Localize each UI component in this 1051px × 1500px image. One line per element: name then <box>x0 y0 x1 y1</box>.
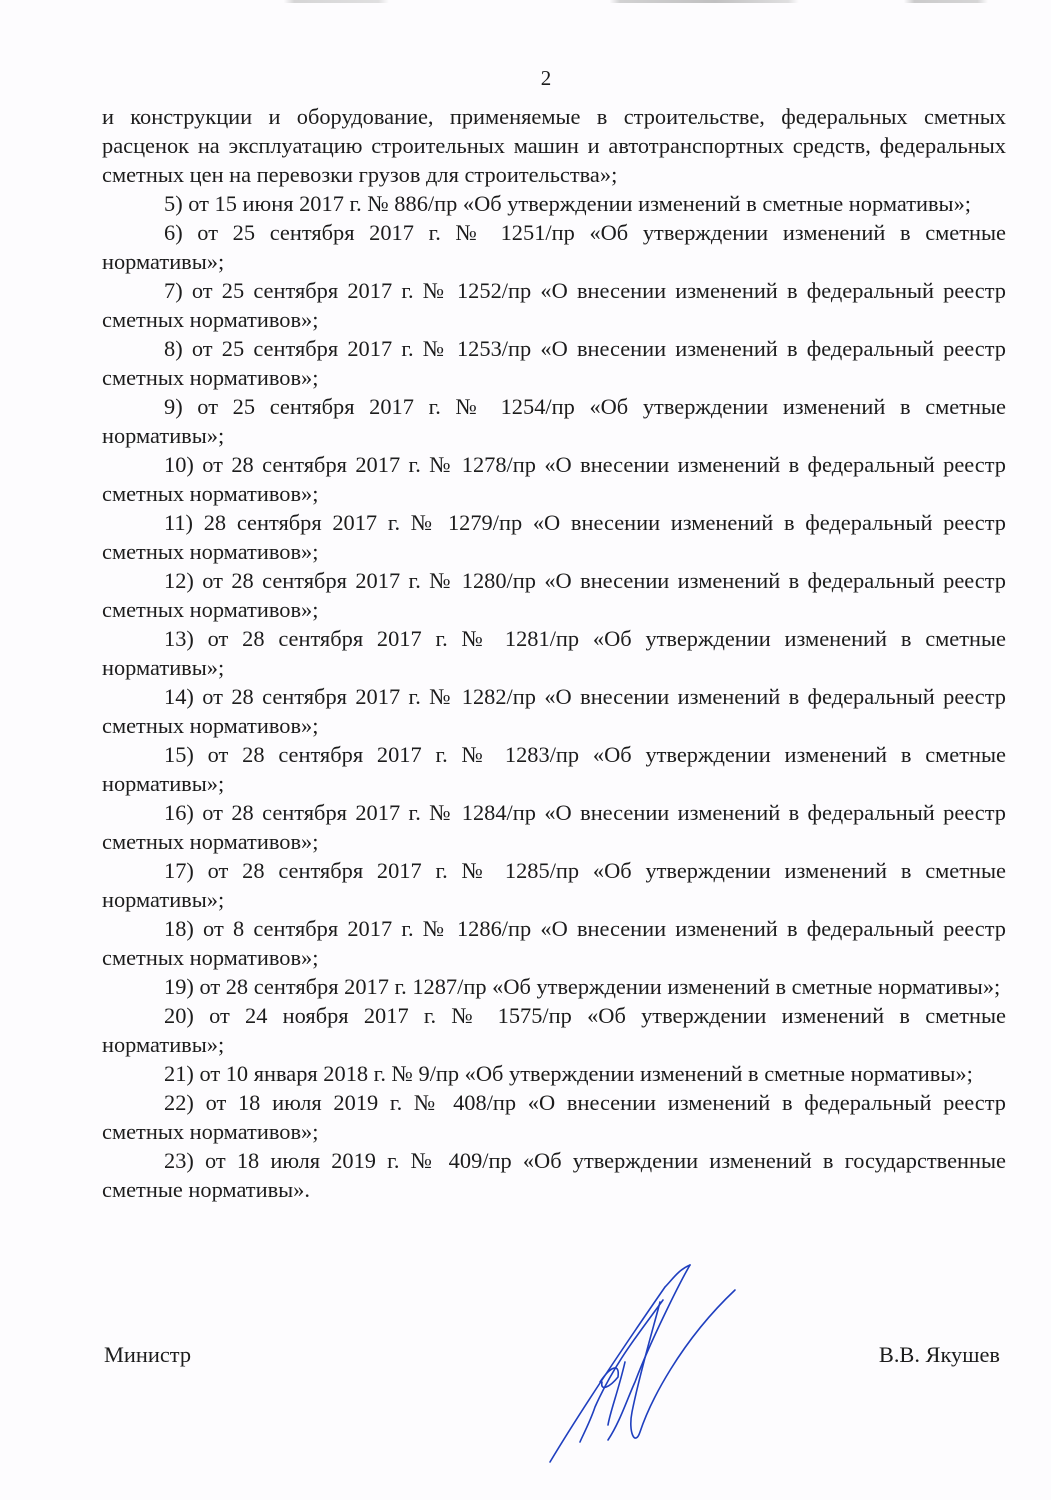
list-item: 19) от 28 сентября 2017 г. 1287/пр «Об у… <box>102 972 1006 1001</box>
list-item: 6) от 25 сентября 2017 г. № 1251/пр «Об … <box>102 218 1006 276</box>
signatory-name: В.В. Якушев <box>879 1342 1000 1368</box>
signatory-title: Министр <box>104 1342 191 1368</box>
order-list: 5) от 15 июня 2017 г. № 886/пр «Об утвер… <box>102 189 1006 1204</box>
list-item: 17) от 28 сентября 2017 г. № 1285/пр «Об… <box>102 856 1006 914</box>
list-item: 14) от 28 сентября 2017 г. № 1282/пр «О … <box>102 682 1006 740</box>
list-item: 11) 28 сентября 2017 г. № 1279/пр «О вне… <box>102 508 1006 566</box>
list-item: 18) от 8 сентября 2017 г. № 1286/пр «О в… <box>102 914 1006 972</box>
scan-edge-artifact <box>0 0 1051 3</box>
list-item: 10) от 28 сентября 2017 г. № 1278/пр «О … <box>102 450 1006 508</box>
list-item: 12) от 28 сентября 2017 г. № 1280/пр «О … <box>102 566 1006 624</box>
list-item: 22) от 18 июля 2019 г. № 408/пр «О внесе… <box>102 1088 1006 1146</box>
list-item: 16) от 28 сентября 2017 г. № 1284/пр «О … <box>102 798 1006 856</box>
list-item: 23) от 18 июля 2019 г. № 409/пр «Об утве… <box>102 1146 1006 1204</box>
list-item: 13) от 28 сентября 2017 г. № 1281/пр «Об… <box>102 624 1006 682</box>
list-item: 15) от 28 сентября 2017 г. № 1283/пр «Об… <box>102 740 1006 798</box>
list-item: 21) от 10 января 2018 г. № 9/пр «Об утве… <box>102 1059 1006 1088</box>
list-item: 8) от 25 сентября 2017 г. № 1253/пр «О в… <box>102 334 1006 392</box>
handwritten-signature-icon <box>540 1262 740 1472</box>
list-item: 9) от 25 сентября 2017 г. № 1254/пр «Об … <box>102 392 1006 450</box>
list-item: 5) от 15 июня 2017 г. № 886/пр «Об утвер… <box>102 189 1006 218</box>
document-body: и конструкции и оборудование, применяемы… <box>102 102 1006 1204</box>
page-number: 2 <box>0 66 1051 91</box>
continuation-paragraph: и конструкции и оборудование, применяемы… <box>102 102 1006 189</box>
list-item: 20) от 24 ноября 2017 г. № 1575/пр «Об у… <box>102 1001 1006 1059</box>
list-item: 7) от 25 сентября 2017 г. № 1252/пр «О в… <box>102 276 1006 334</box>
